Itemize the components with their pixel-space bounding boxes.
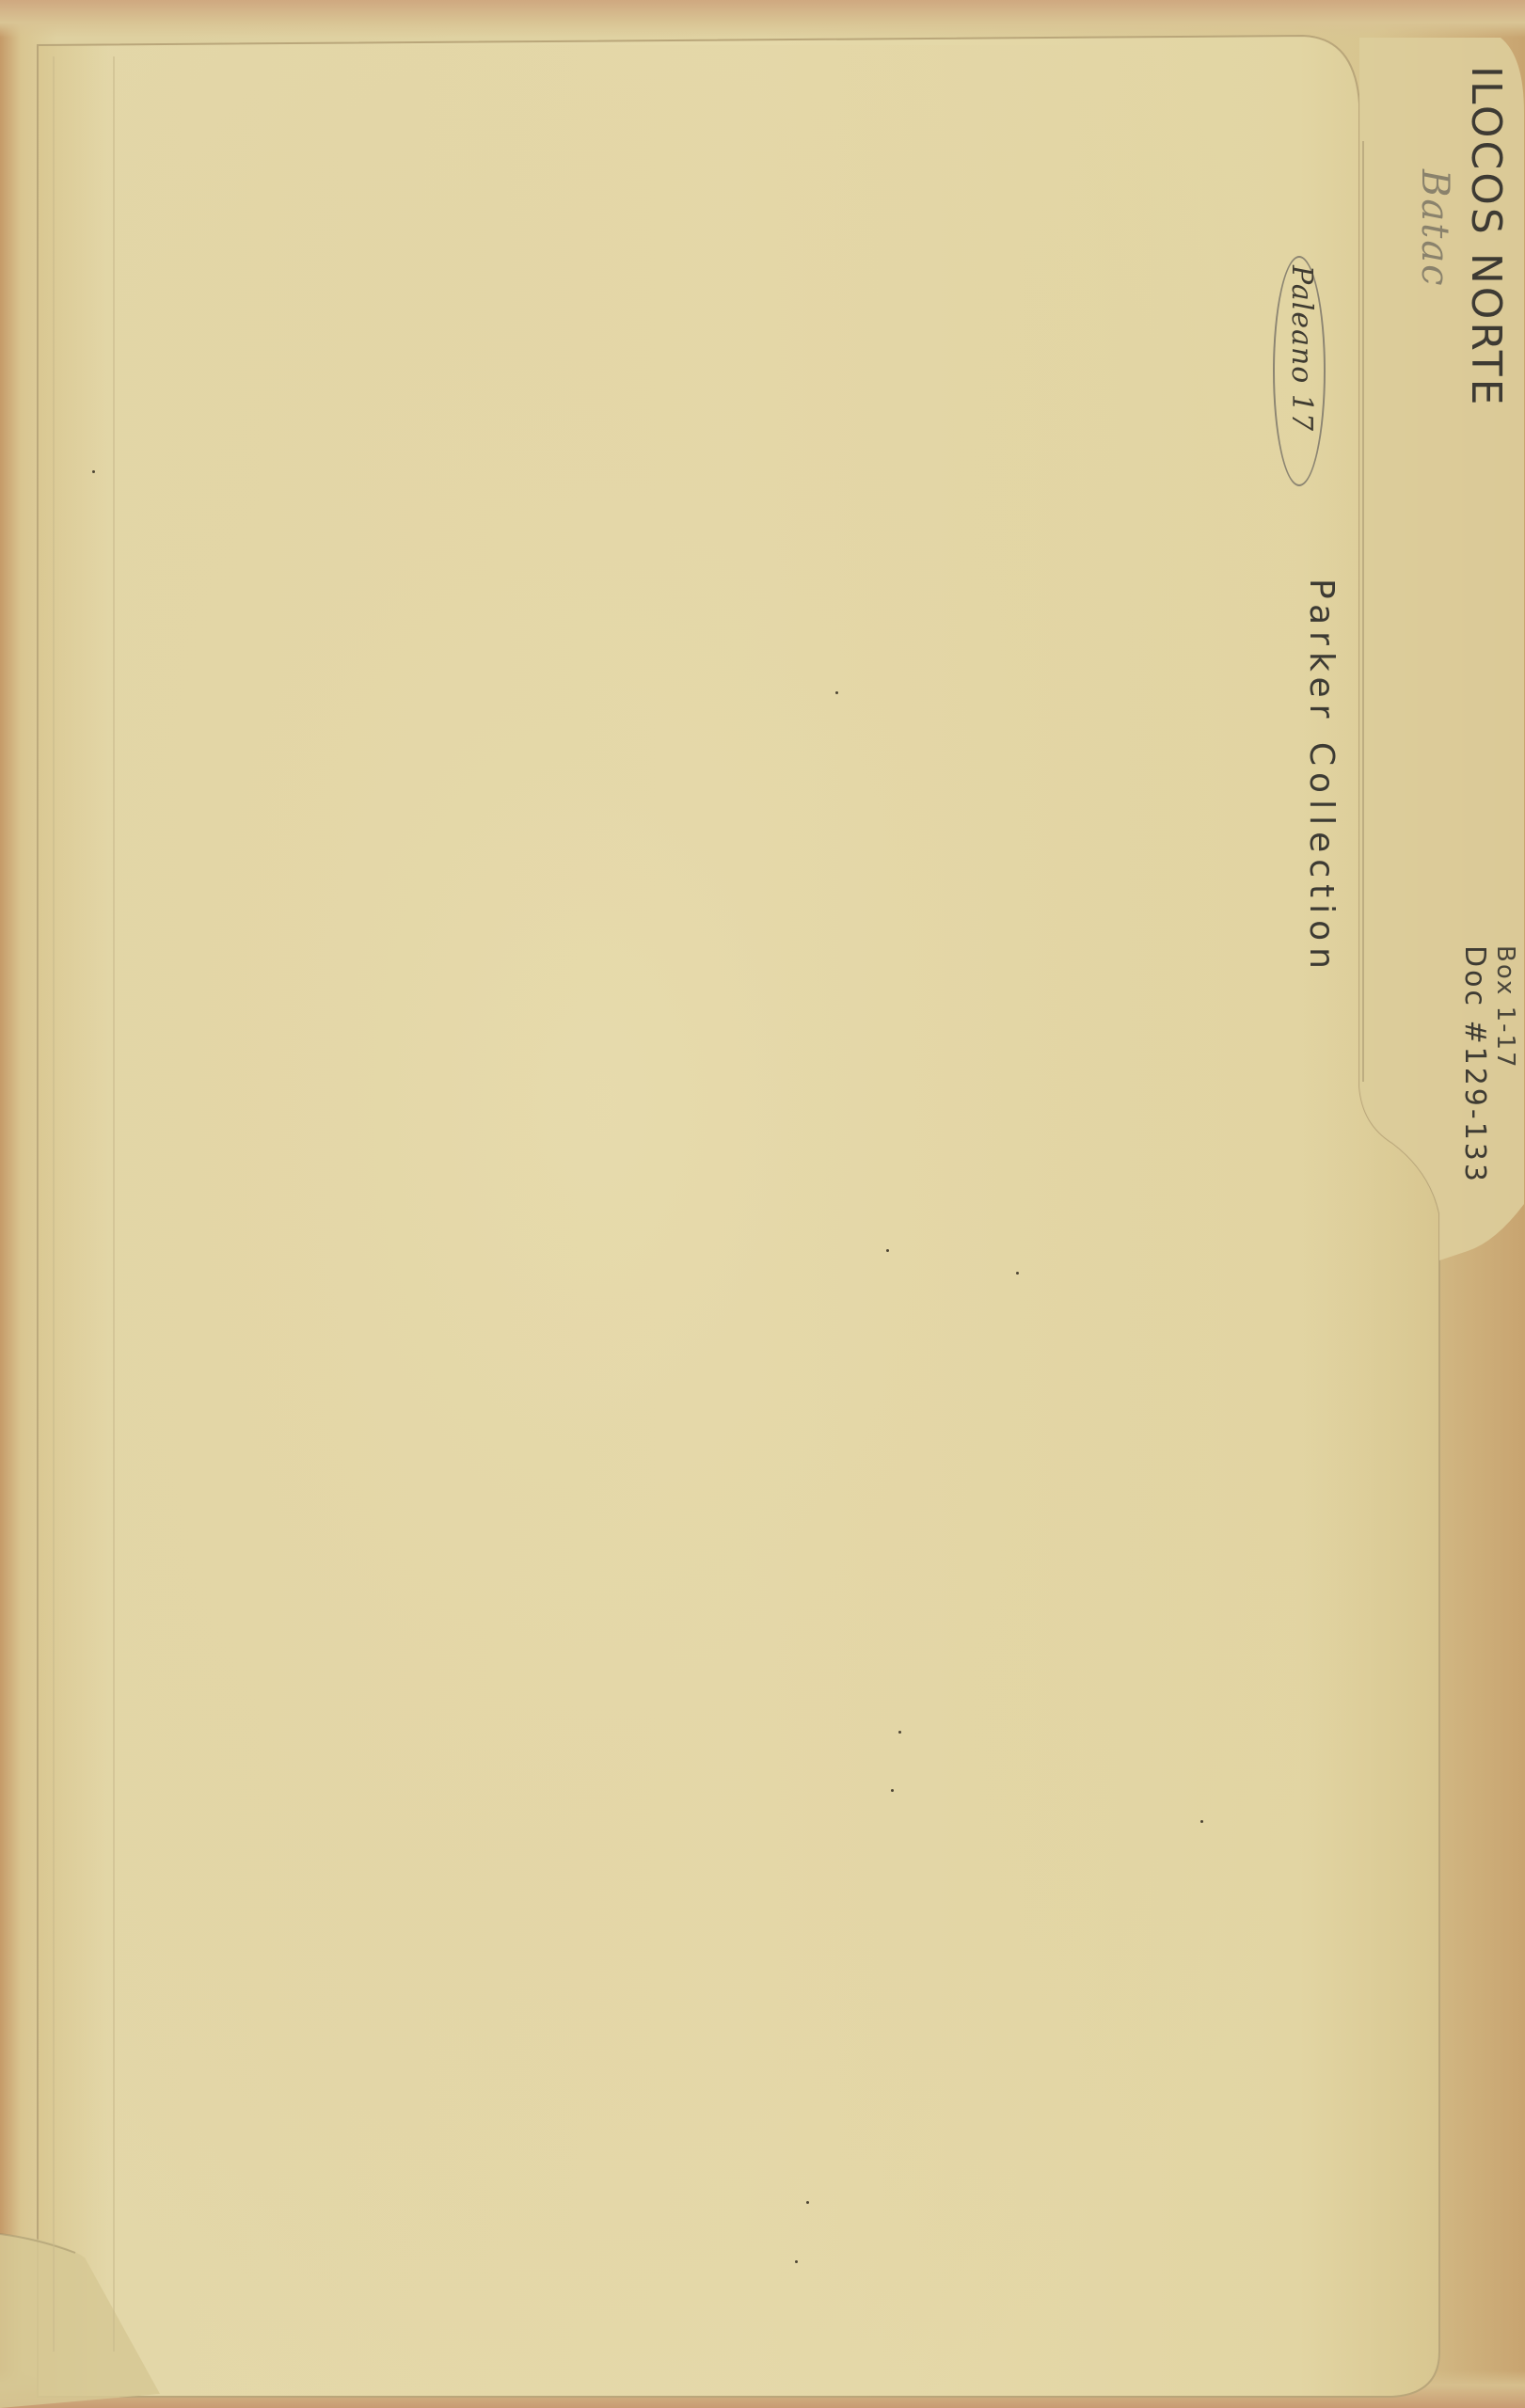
score-line-left-inner: [113, 56, 115, 2352]
folder-front-panel: ILOCOS NORTE Batac Paleano 17 Parker Col…: [0, 0, 1525, 2408]
dust-speck: [795, 2260, 798, 2263]
dust-speck: [806, 2201, 809, 2204]
region-label: ILOCOS NORTE: [1462, 66, 1510, 407]
folder-number-label: Paleano 17: [1285, 265, 1318, 432]
document-range: Doc #129-133: [1458, 945, 1491, 1184]
dust-speck: [835, 691, 838, 694]
collection-label: Parker Collection: [1302, 578, 1341, 975]
dust-speck: [891, 1789, 894, 1792]
folder-scan: ILOCOS NORTE Batac Paleano 17 Parker Col…: [0, 0, 1525, 2408]
box-reference: Box 1-17: [1491, 945, 1519, 1069]
score-line-left: [53, 56, 55, 2352]
dust-speck: [898, 1731, 901, 1734]
tab-crease-line: [1362, 141, 1364, 1082]
dust-speck: [1200, 1820, 1203, 1823]
dust-speck: [92, 470, 95, 473]
dust-speck: [886, 1249, 889, 1252]
dust-speck: [1016, 1272, 1019, 1275]
town-label: Batac: [1413, 169, 1456, 288]
